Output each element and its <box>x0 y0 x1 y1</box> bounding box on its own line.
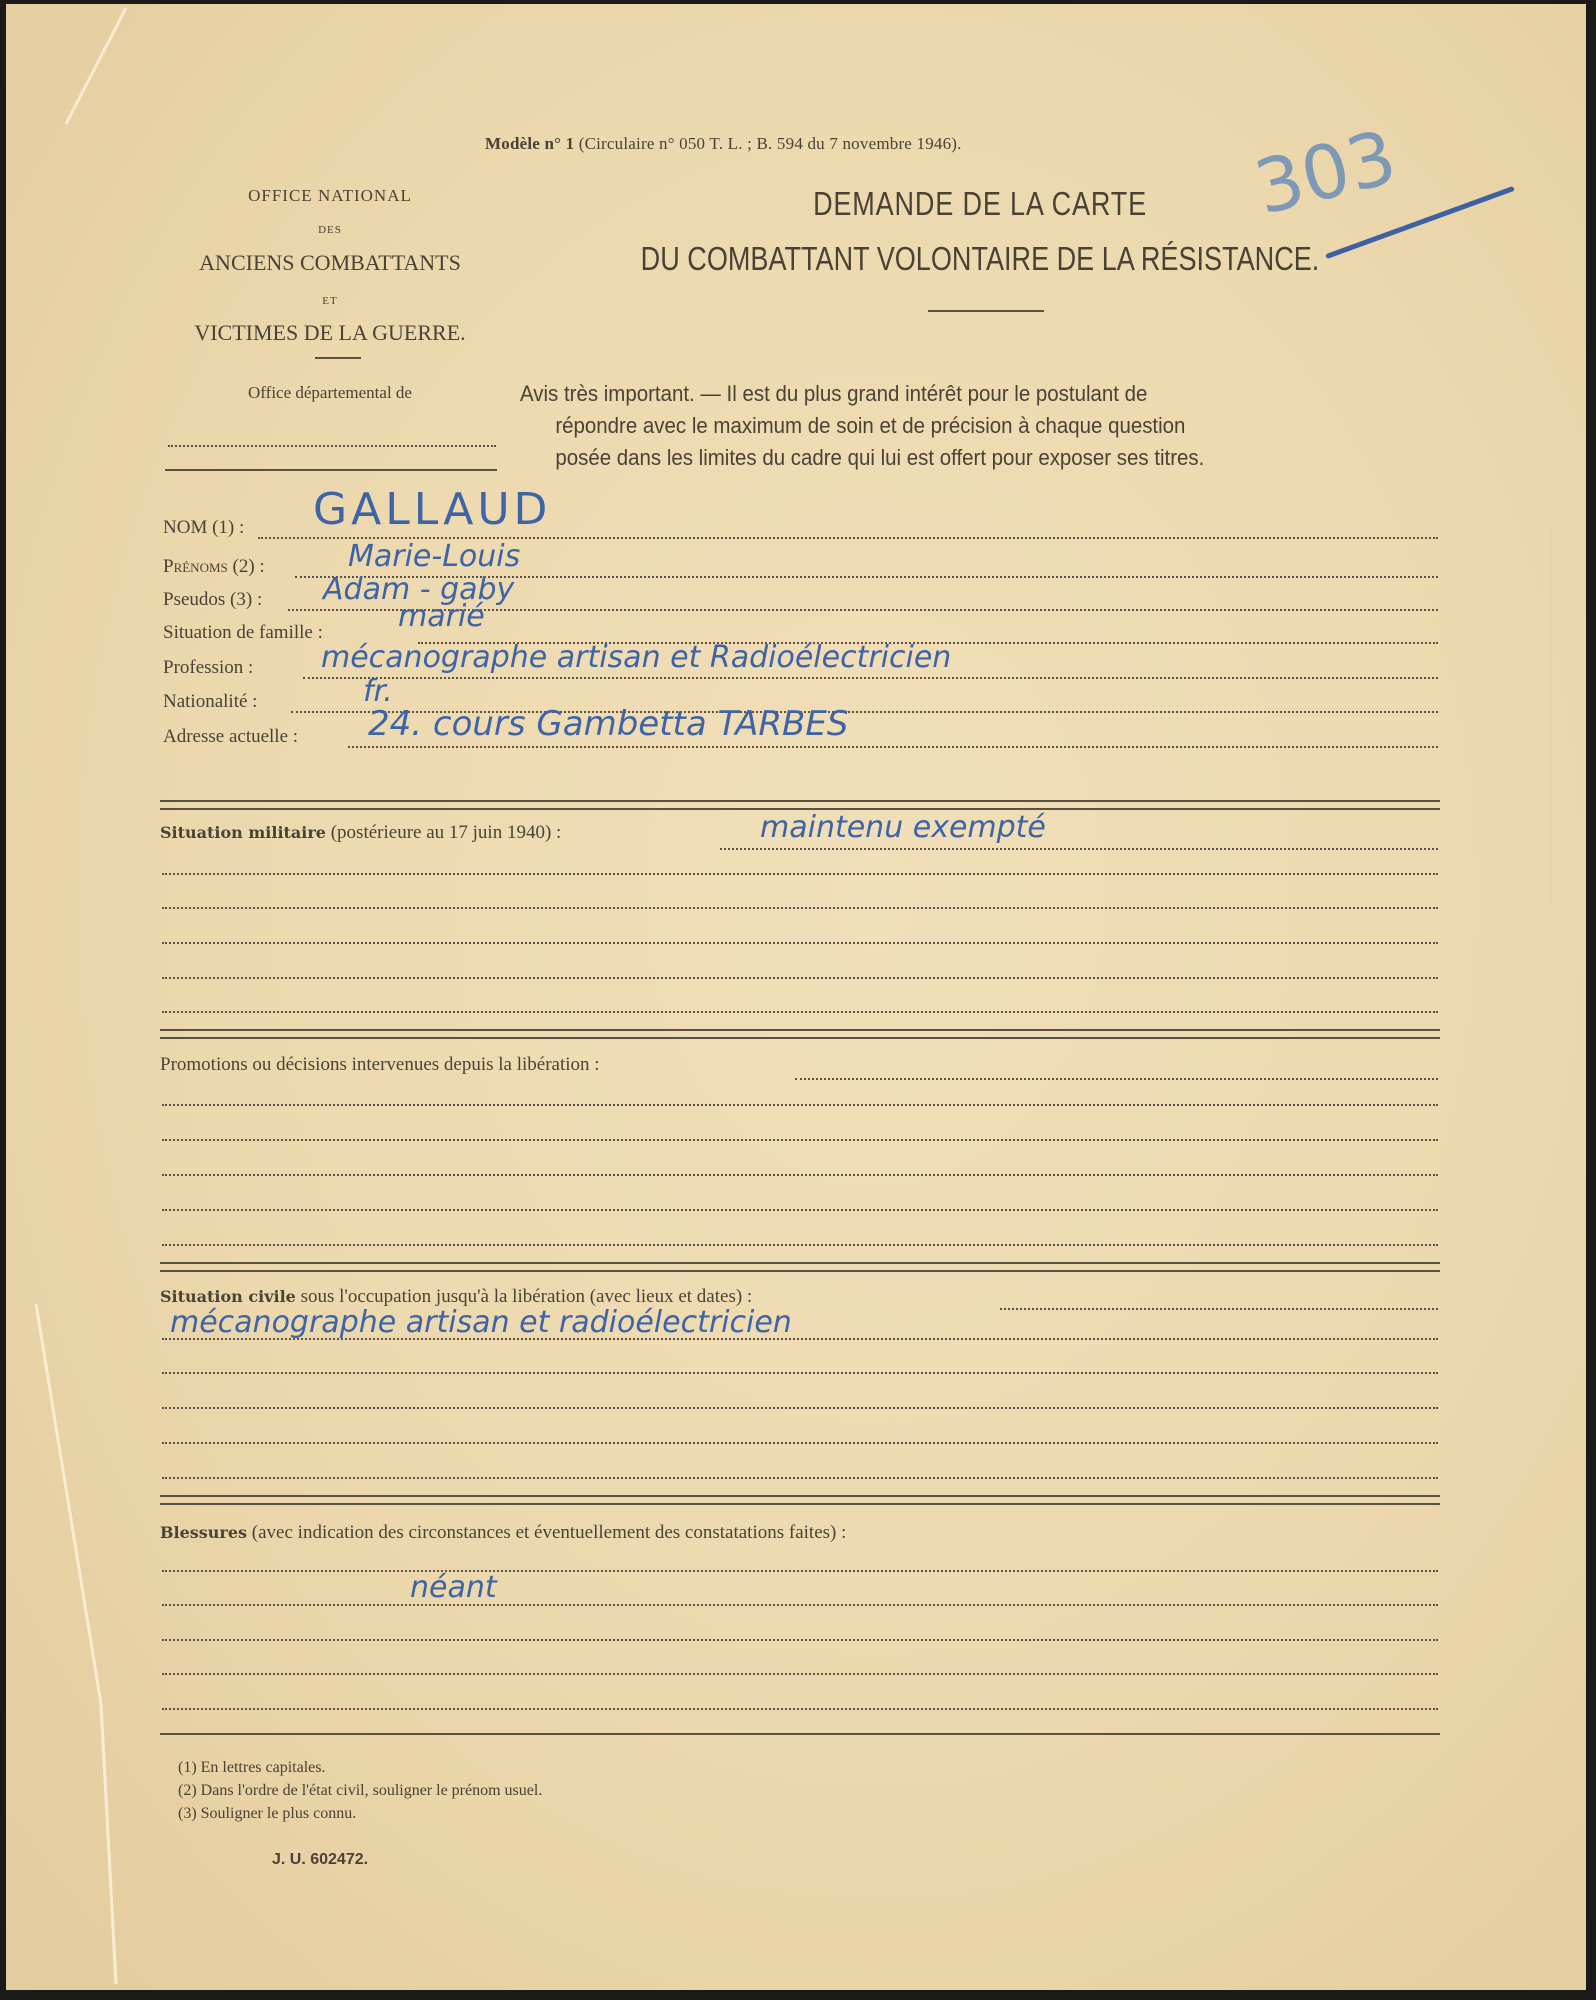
militaire-line-5[interactable] <box>162 1011 1438 1013</box>
prenoms-value[interactable]: Marie-Louis <box>348 539 520 574</box>
militaire-label-bold: Situation militaire <box>160 823 326 842</box>
form-title-line-2: DU COMBATTANT VOLONTAIRE DE LA RÉSISTANC… <box>603 240 1357 278</box>
office-header: OFFICE NATIONAL DES ANCIENS COMBATTANTS … <box>150 0 510 480</box>
circular-reference: (Circulaire n° 050 T. L. ; B. 594 du 7 n… <box>579 134 962 153</box>
militaire-label-rest: (postérieure au 17 juin 1940) : <box>331 822 562 843</box>
blessures-label: Blessures (avec indication des circonsta… <box>160 1522 846 1544</box>
section-divider <box>160 1029 1440 1039</box>
office-line-2: DES <box>150 224 510 236</box>
office-line-4: ET <box>150 295 510 307</box>
pseudos-label: Pseudos (3) : <box>163 589 262 611</box>
militaire-value[interactable]: maintenu exempté <box>760 810 1046 845</box>
model-reference: Modèle n° 1 (Circulaire n° 050 T. L. ; B… <box>485 134 962 154</box>
promotions-line-2[interactable] <box>162 1139 1438 1141</box>
blessures-line-3[interactable] <box>162 1639 1438 1641</box>
promotions-line-4[interactable] <box>162 1209 1438 1211</box>
profession-label: Profession : <box>163 657 253 679</box>
notice-line-1: Avis très important. — Il est du plus gr… <box>520 378 1385 410</box>
important-notice: Avis très important. — Il est du plus gr… <box>520 378 1385 474</box>
civile-line-0[interactable] <box>1000 1308 1438 1310</box>
militaire-line-1[interactable] <box>162 873 1438 875</box>
adresse-dotted-line <box>348 746 1438 748</box>
blessures-label-bold: Blessures <box>160 1523 247 1542</box>
civile-line-3[interactable] <box>162 1407 1438 1409</box>
field-profession[interactable]: Profession : mécanographe artisan et Rad… <box>163 649 1438 683</box>
adresse-value[interactable]: 24. cours Gambetta TARBES <box>368 704 848 744</box>
profession-dotted-line <box>303 677 1438 679</box>
civile-value[interactable]: mécanographe artisan et radioélectricien <box>170 1305 792 1340</box>
blessures-line-5[interactable] <box>162 1708 1438 1710</box>
militaire-line-4[interactable] <box>162 977 1438 979</box>
office-line-3: ANCIENS COMBATTANTS <box>150 250 510 276</box>
prenoms-label: Prénoms (2) : <box>163 556 265 578</box>
notice-line-2: répondre avec le maximum de soin et de p… <box>520 410 1385 442</box>
promotions-line-3[interactable] <box>162 1174 1438 1176</box>
promotions-line-1[interactable] <box>162 1104 1438 1106</box>
blessures-value[interactable]: néant <box>410 1570 497 1605</box>
situation-famille-value[interactable]: marié <box>398 599 485 634</box>
situation-famille-label: Situation de famille : <box>163 622 323 644</box>
footnote-1: (1) En lettres capitales. <box>178 1756 542 1779</box>
office-divider <box>315 357 361 359</box>
promotions-line-5[interactable] <box>162 1244 1438 1246</box>
office-line-1: OFFICE NATIONAL <box>150 186 510 206</box>
nationalite-label: Nationalité : <box>163 691 257 713</box>
blessures-line-2[interactable] <box>162 1604 1438 1606</box>
departement-field[interactable] <box>168 445 496 447</box>
section-divider <box>160 1262 1440 1272</box>
section-divider <box>160 1495 1440 1505</box>
notice-line-3: posée dans les limites du cadre qui lui … <box>520 442 1385 474</box>
header-rule <box>165 469 497 471</box>
civile-line-2[interactable] <box>162 1372 1438 1374</box>
field-pseudos[interactable]: Pseudos (3) : Adam - gaby <box>163 581 1438 615</box>
civile-line-4[interactable] <box>162 1442 1438 1444</box>
footnote-3: (3) Souligner le plus connu. <box>178 1802 542 1825</box>
nom-label: NOM (1) : <box>163 517 244 539</box>
section-divider <box>160 800 1440 810</box>
blessures-label-rest: (avec indication des circonstances et év… <box>252 1522 847 1543</box>
field-nom[interactable]: NOM (1) : GALLAUD <box>163 509 1438 543</box>
adresse-label: Adresse actuelle : <box>163 726 298 748</box>
militaire-line-2[interactable] <box>162 907 1438 909</box>
office-line-5: VICTIMES DE LA GUERRE. <box>150 320 510 346</box>
promotions-line-0[interactable] <box>795 1078 1438 1080</box>
promotions-label: Promotions ou décisions intervenues depu… <box>160 1054 600 1076</box>
civile-label-bold: Situation civile <box>160 1287 296 1306</box>
field-adresse[interactable]: Adresse actuelle : 24. cours Gambetta TA… <box>163 718 1438 752</box>
nom-value[interactable]: GALLAUD <box>313 484 551 535</box>
title-divider <box>928 310 1044 312</box>
civile-label-rest: sous l'occupation jusqu'à la libération … <box>301 1286 753 1307</box>
militaire-line-3[interactable] <box>162 942 1438 944</box>
blessures-line-1[interactable] <box>162 1570 1438 1572</box>
office-departemental-label: Office départemental de <box>150 383 510 403</box>
militaire-label: Situation militaire (postérieure au 17 j… <box>160 822 561 844</box>
militaire-line-0[interactable] <box>720 848 1438 850</box>
blessures-line-4[interactable] <box>162 1673 1438 1675</box>
bottom-rule <box>160 1733 1440 1735</box>
footnote-2: (2) Dans l'ordre de l'état civil, soulig… <box>178 1779 542 1802</box>
footnotes: (1) En lettres capitales. (2) Dans l'ord… <box>178 1756 542 1825</box>
printer-reference: J. U. 602472. <box>272 1851 368 1869</box>
civile-line-5[interactable] <box>162 1477 1438 1479</box>
form-title-line-1: DEMANDE DE LA CARTE <box>603 185 1357 223</box>
profession-value[interactable]: mécanographe artisan et Radioélectricien <box>321 640 951 675</box>
